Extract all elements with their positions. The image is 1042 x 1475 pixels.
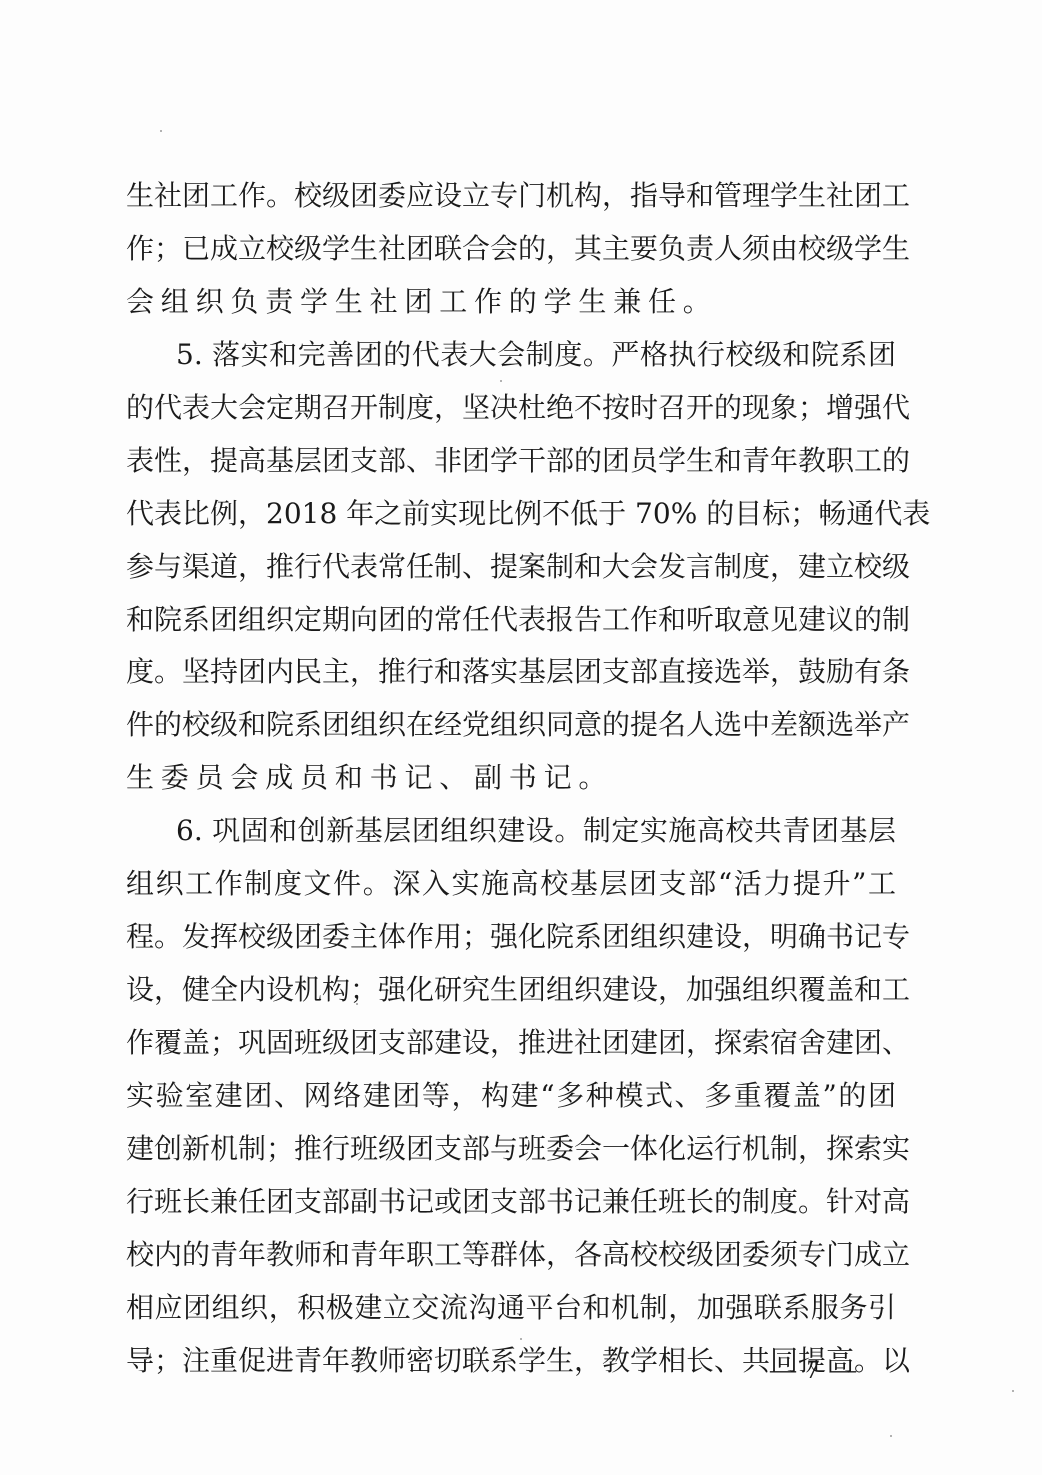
text-line: 设，健全内设机构；强化研究生团组织建设，加强组织覆盖和工 [126,964,896,1017]
text-line: 生社团工作。校级团委应设立专门机构，指导和管理学生社团工 [126,170,896,223]
text-line: 度。坚持团内民主，推行和落实基层团支部直接选举，鼓励有条 [126,646,896,699]
text-line: 代表比例，2018 年之前实现比例不低于 70% 的目标；畅通代表 [126,488,896,541]
text-line: 作覆盖；巩固班级团支部建设，推进社团建团，探索宿舍建团、 [126,1017,896,1070]
section-heading-line: 5. 落实和完善团的代表大会制度。严格执行校级和院系团 [126,329,896,382]
text-line: 校内的青年教师和青年职工等群体，各高校校级团委须专门成立 [126,1229,896,1282]
text-line: 程。发挥校级团委主体作用；强化院系团组织建设，明确书记专 [126,911,896,964]
text-line: 建创新机制；推行班级团支部与班委会一体化运行机制，探索实 [126,1123,896,1176]
page-number: — 7 — [770,1355,858,1385]
scan-speck [1012,1390,1014,1392]
text-line: 件的校级和院系团组织在经党组织同意的提名人选中差额选举产 [126,699,896,752]
text-line: 组织工作制度文件。深入实施高校基层团支部“活力提升”工 [126,858,896,911]
document-page: 生社团工作。校级团委应设立专门机构，指导和管理学生社团工 作；已成立校级学生社团… [0,0,1042,1475]
scan-speck [520,1338,522,1340]
body-text: 生社团工作。校级团委应设立专门机构，指导和管理学生社团工 作；已成立校级学生社团… [126,170,896,1388]
text-line: 和院系团组织定期向团的常任代表报告工作和听取意见建议的制 [126,594,896,647]
scan-speck [500,380,502,382]
text-line: 行班长兼任团支部副书记或团支部书记兼任班长的制度。针对高 [126,1176,896,1229]
text-line: 实验室建团、网络建团等，构建“多种模式、多重覆盖”的团 [126,1070,896,1123]
text-line: 参与渠道，推行代表常任制、提案制和大会发言制度，建立校级 [126,541,896,594]
scan-speck [890,1435,892,1437]
text-line: 生委员会成员和书记、副书记。 [126,752,896,805]
scan-speck [356,1003,358,1005]
scan-speck [160,130,162,132]
text-line: 的代表大会定期召开制度，坚决杜绝不按时召开的现象；增强代 [126,382,896,435]
text-line: 会组织负责学生社团工作的学生兼任。 [126,276,896,329]
text-line: 表性，提高基层团支部、非团学干部的团员学生和青年教职工的 [126,435,896,488]
text-line: 相应团组织，积极建立交流沟通平台和机制，加强联系服务引 [126,1282,896,1335]
text-line: 作；已成立校级学生社团联合会的，其主要负责人须由校级学生 [126,223,896,276]
section-heading-line: 6. 巩固和创新基层团组织建设。制定实施高校共青团基层 [126,805,896,858]
